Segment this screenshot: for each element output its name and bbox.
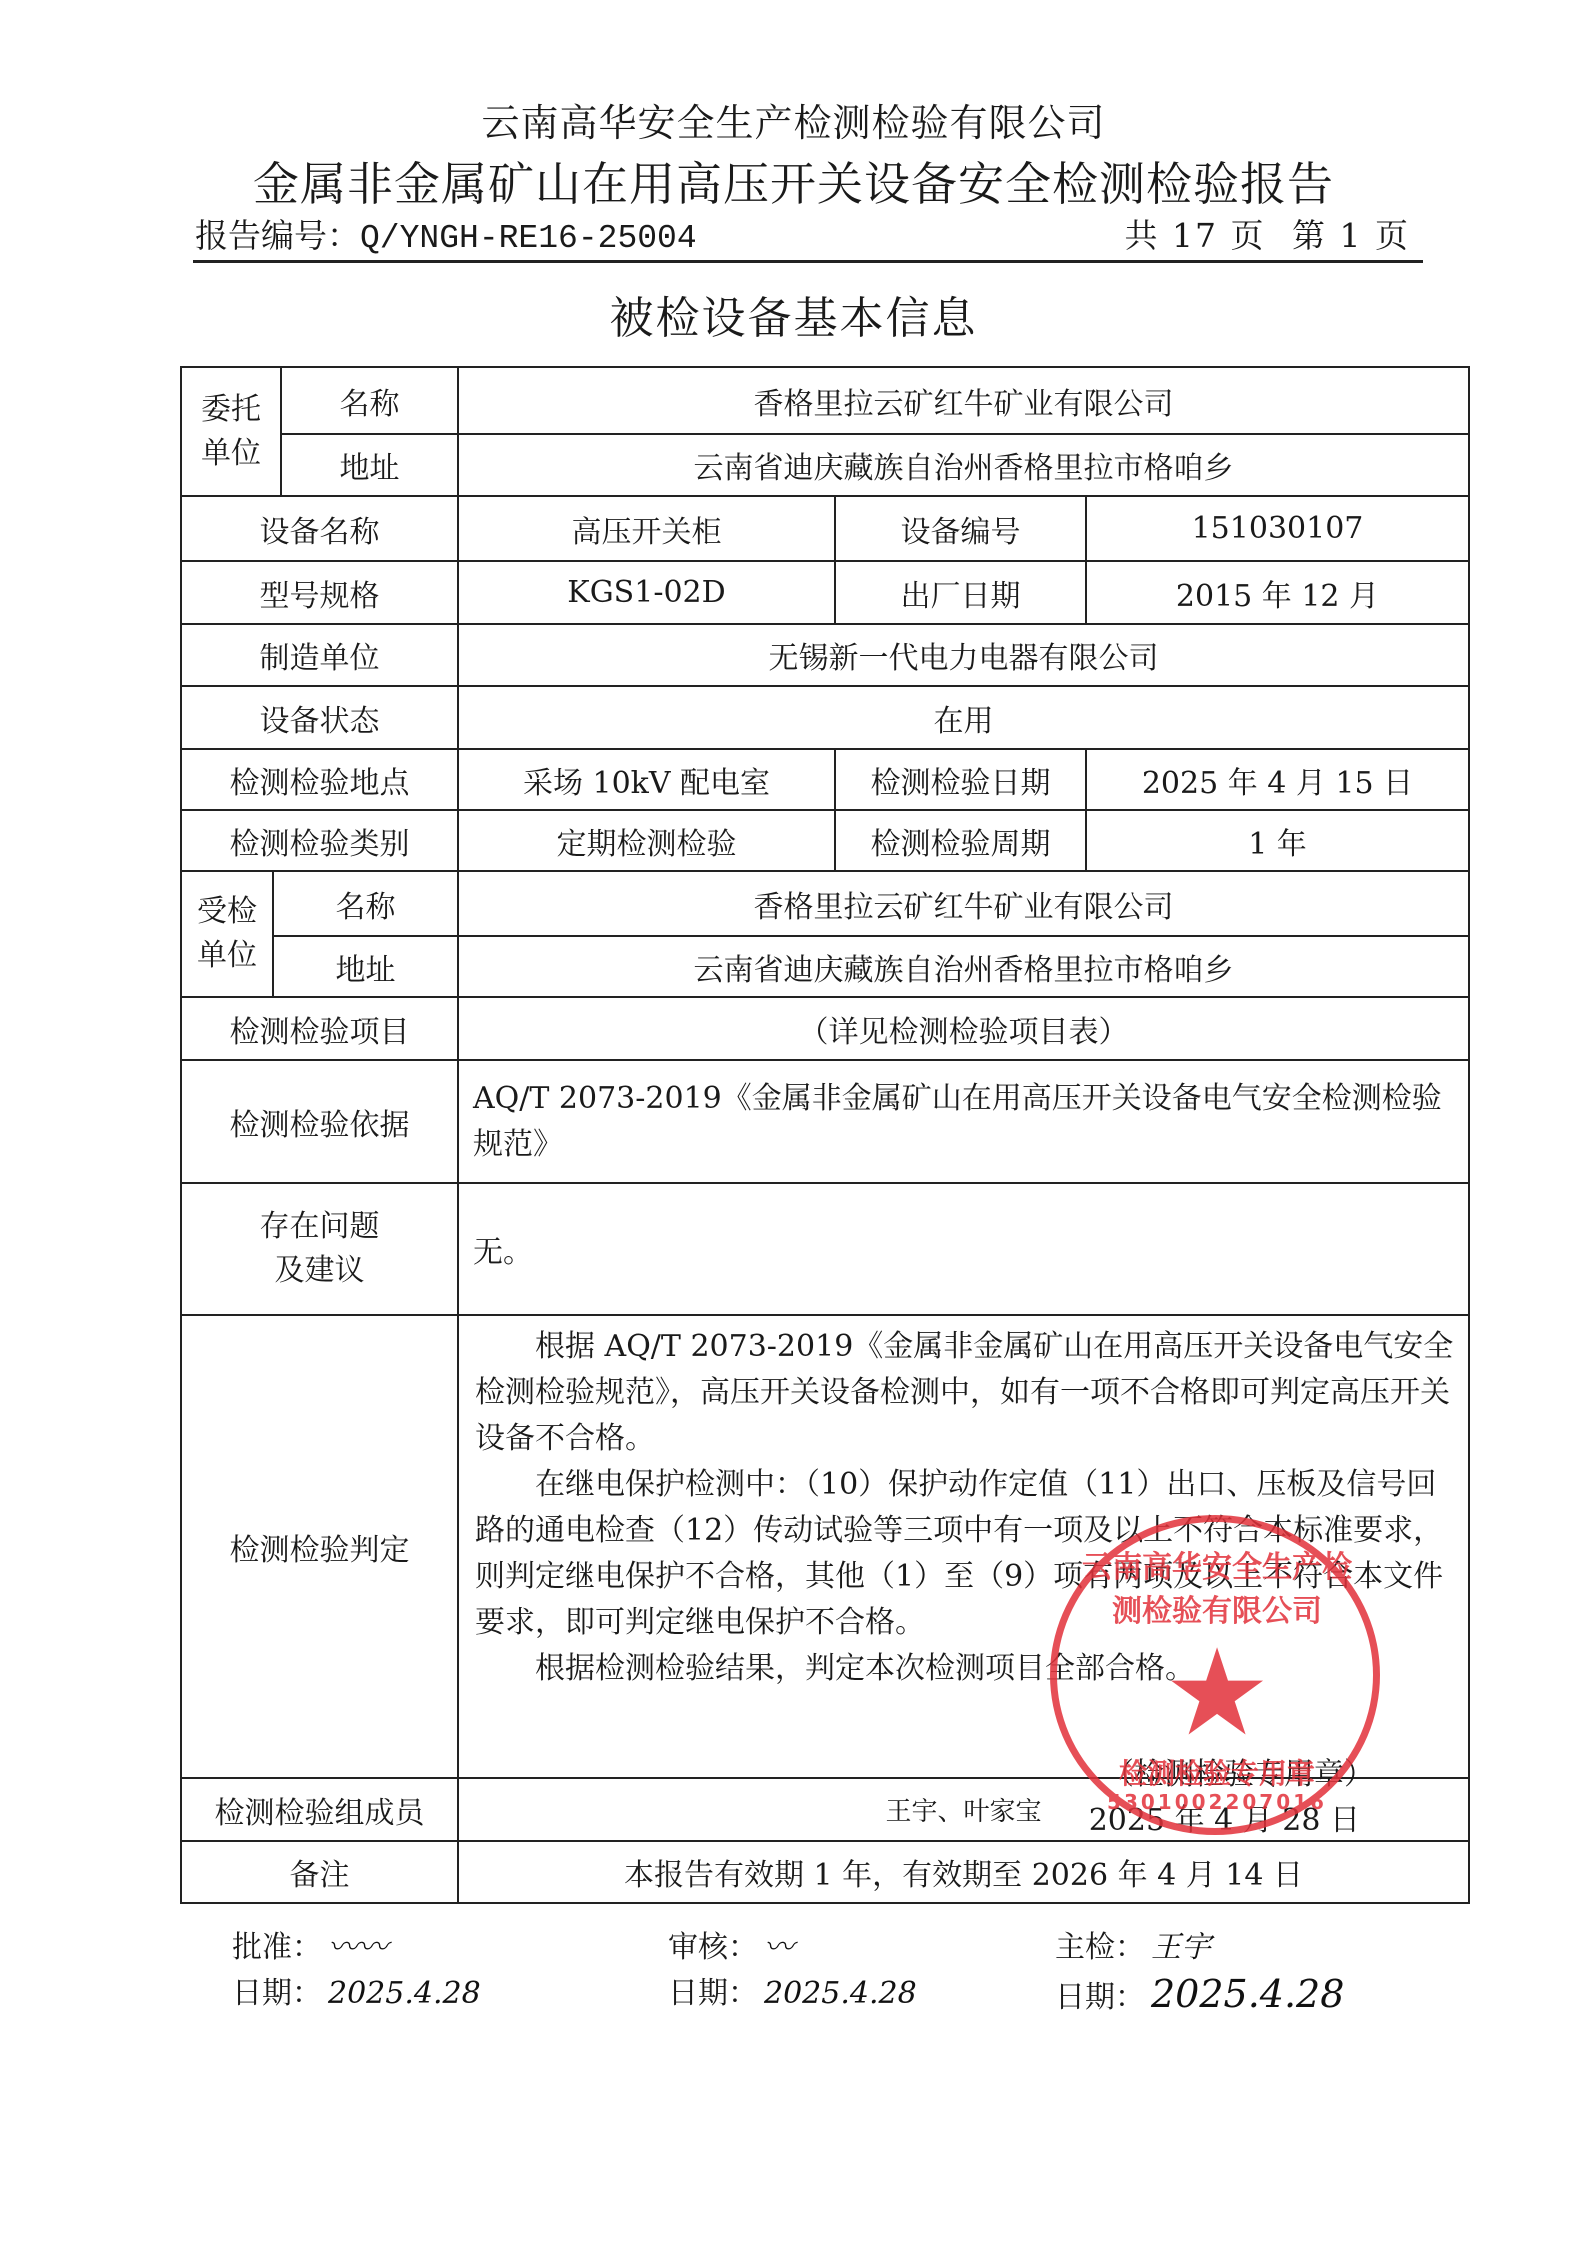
inspected-name-label: 名称 xyxy=(274,872,457,935)
client-name-label: 名称 xyxy=(282,368,457,433)
model-label: 型号规格 xyxy=(182,562,457,623)
location-row: 检测检验地点 采场 10kV 配电室 检测检验日期 2025 年 4 月 15 … xyxy=(182,748,1468,809)
model-value: KGS1-02D xyxy=(457,562,834,623)
inspected-group-label: 受检 单位 xyxy=(182,872,274,996)
inspected-label-line2: 单位 xyxy=(197,934,257,978)
chief-date-label: 日期： xyxy=(1055,1980,1145,2015)
status-value: 在用 xyxy=(457,687,1468,748)
conclusion-paragraph: 根据 AQ/T 2073-2019《金属非金属矿山在用高压开关设备电气安全检测检… xyxy=(475,1324,1454,1462)
category-label: 检测检验类别 xyxy=(182,811,457,870)
remarks-row: 备注 本报告有效期 1 年，有效期至 2026 年 4 月 14 日 xyxy=(182,1840,1468,1902)
equipment-no-label: 设备编号 xyxy=(834,497,1085,560)
client-name-value: 香格里拉云矿红牛矿业有限公司 xyxy=(457,368,1468,433)
equipment-info-table: 委托 单位 名称 香格里拉云矿红牛矿业有限公司 地址 云南省迪庆藏族自治州香格里… xyxy=(180,366,1470,1904)
category-row: 检测检验类别 定期检测检验 检测检验周期 1 年 xyxy=(182,809,1468,870)
inspected-address-row: 地址 云南省迪庆藏族自治州香格里拉市格咱乡 xyxy=(274,935,1468,996)
review-signature: 〰 xyxy=(764,1930,794,1965)
location-label: 检测检验地点 xyxy=(182,750,457,809)
client-label-line2: 单位 xyxy=(201,432,261,476)
remarks-label: 备注 xyxy=(182,1842,457,1902)
equipment-no-value: 151030107 xyxy=(1085,497,1468,560)
inspected-group: 受检 单位 名称 香格里拉云矿红牛矿业有限公司 地址 云南省迪庆藏族自治州香格里… xyxy=(182,870,1468,996)
remarks-value: 本报告有效期 1 年，有效期至 2026 年 4 月 14 日 xyxy=(457,1842,1468,1902)
basis-value: AQ/T 2073-2019《金属非金属矿山在用高压开关设备电气安全检测检验规范… xyxy=(457,1061,1468,1182)
chief-label: 主检： xyxy=(1055,1930,1145,1965)
approve-date: 2025.4.28 xyxy=(328,1976,481,2011)
client-group: 委托 单位 名称 香格里拉云矿红牛矿业有限公司 地址 云南省迪庆藏族自治州香格里… xyxy=(182,368,1468,495)
members-row: 检测检验组成员 王宇、叶家宝 xyxy=(182,1777,1468,1840)
inspected-address-value: 云南省迪庆藏族自治州香格里拉市格咱乡 xyxy=(457,937,1468,996)
conclusion-body: 根据 AQ/T 2073-2019《金属非金属矿山在用高压开关设备电气安全检测检… xyxy=(457,1316,1468,1777)
approve-signature-block: 批准：〰〰 日期：2025.4.28 xyxy=(232,1925,481,2017)
approve-date-label: 日期： xyxy=(232,1976,322,2011)
total-pages: 共 17 页 xyxy=(1125,216,1266,255)
category-value: 定期检测检验 xyxy=(457,811,834,870)
cycle-value: 1 年 xyxy=(1085,811,1468,870)
issues-label: 存在问题 及建议 xyxy=(182,1184,457,1314)
approve-label: 批准： xyxy=(232,1930,322,1965)
conclusion-row: 检测检验判定 根据 AQ/T 2073-2019《金属非金属矿山在用高压开关设备… xyxy=(182,1314,1468,1777)
conclusion-paragraph: 根据检测检验结果，判定本次检测项目全部合格。 xyxy=(475,1646,1454,1692)
basis-row: 检测检验依据 AQ/T 2073-2019《金属非金属矿山在用高压开关设备电气安… xyxy=(182,1059,1468,1182)
inspected-address-label: 地址 xyxy=(274,937,457,996)
client-label-line1: 委托 xyxy=(201,388,261,432)
company-name: 云南高华安全生产检测检验有限公司 xyxy=(0,92,1587,147)
status-row: 设备状态 在用 xyxy=(182,685,1468,748)
chief-signature: 王宇 xyxy=(1151,1930,1211,1965)
review-date: 2025.4.28 xyxy=(764,1976,917,2011)
members-label: 检测检验组成员 xyxy=(182,1779,457,1840)
cycle-label: 检测检验周期 xyxy=(834,811,1085,870)
section-title: 被检设备基本信息 xyxy=(0,282,1587,346)
inspection-date-label: 检测检验日期 xyxy=(834,750,1085,809)
issues-label-line1: 存在问题 xyxy=(260,1205,380,1249)
manufacturer-value: 无锡新一代电力电器有限公司 xyxy=(457,625,1468,685)
items-row: 检测检验项目 （详见检测检验项目表） xyxy=(182,996,1468,1059)
header-divider xyxy=(193,260,1423,263)
members-value: 王宇、叶家宝 xyxy=(457,1779,1468,1840)
client-name-row: 名称 香格里拉云矿红牛矿业有限公司 xyxy=(282,368,1468,433)
manufacturer-row: 制造单位 无锡新一代电力电器有限公司 xyxy=(182,623,1468,685)
review-signature-block: 审核：〰 日期：2025.4.28 xyxy=(668,1925,917,2017)
current-page: 第 1 页 xyxy=(1292,216,1410,255)
equipment-name-label: 设备名称 xyxy=(182,497,457,560)
manufacture-date-label: 出厂日期 xyxy=(834,562,1085,623)
location-value: 采场 10kV 配电室 xyxy=(457,750,834,809)
approve-signature: 〰〰 xyxy=(328,1930,388,1965)
client-address-label: 地址 xyxy=(282,435,457,495)
review-date-label: 日期： xyxy=(668,1976,758,2011)
items-value: （详见检测检验项目表） xyxy=(457,998,1468,1059)
equipment-name-row: 设备名称 高压开关柜 设备编号 151030107 xyxy=(182,495,1468,560)
manufacture-date-value: 2015 年 12 月 xyxy=(1085,562,1468,623)
status-label: 设备状态 xyxy=(182,687,457,748)
client-group-label: 委托 单位 xyxy=(182,368,282,495)
manufacturer-label: 制造单位 xyxy=(182,625,457,685)
report-number: 报告编号：Q/YNGH-RE16-25004 xyxy=(195,210,697,257)
conclusion-label: 检测检验判定 xyxy=(182,1316,457,1777)
report-number-label: 报告编号： xyxy=(195,216,360,255)
inspected-label-line1: 受检 xyxy=(197,890,257,934)
inspected-name-value: 香格里拉云矿红牛矿业有限公司 xyxy=(457,872,1468,935)
basis-label: 检测检验依据 xyxy=(182,1061,457,1182)
inspected-name-row: 名称 香格里拉云矿红牛矿业有限公司 xyxy=(274,872,1468,935)
inspection-date-value: 2025 年 4 月 15 日 xyxy=(1085,750,1468,809)
client-address-value: 云南省迪庆藏族自治州香格里拉市格咱乡 xyxy=(457,435,1468,495)
report-number-value: Q/YNGH-RE16-25004 xyxy=(360,220,697,257)
report-title: 金属非金属矿山在用高压开关设备安全检测检验报告 xyxy=(0,148,1587,214)
issues-label-line2: 及建议 xyxy=(275,1249,365,1293)
conclusion-paragraph: 在继电保护检测中：（10）保护动作定值（11）出口、压板及信号回路的通电检查（1… xyxy=(475,1462,1454,1646)
review-label: 审核： xyxy=(668,1930,758,1965)
equipment-name-value: 高压开关柜 xyxy=(457,497,834,560)
model-row: 型号规格 KGS1-02D 出厂日期 2015 年 12 月 xyxy=(182,560,1468,623)
chief-date: 2025.4.28 xyxy=(1151,1972,1344,2016)
issues-row: 存在问题 及建议 无。 xyxy=(182,1182,1468,1314)
chief-signature-block: 主检：王宇 日期：2025.4.28 xyxy=(1055,1925,1344,2021)
page-info: 共 17 页 第 1 页 xyxy=(1111,210,1410,257)
client-address-row: 地址 云南省迪庆藏族自治州香格里拉市格咱乡 xyxy=(282,433,1468,495)
issues-value: 无。 xyxy=(457,1184,1468,1314)
report-meta: 报告编号：Q/YNGH-RE16-25004 共 17 页 第 1 页 xyxy=(195,210,1410,256)
items-label: 检测检验项目 xyxy=(182,998,457,1059)
